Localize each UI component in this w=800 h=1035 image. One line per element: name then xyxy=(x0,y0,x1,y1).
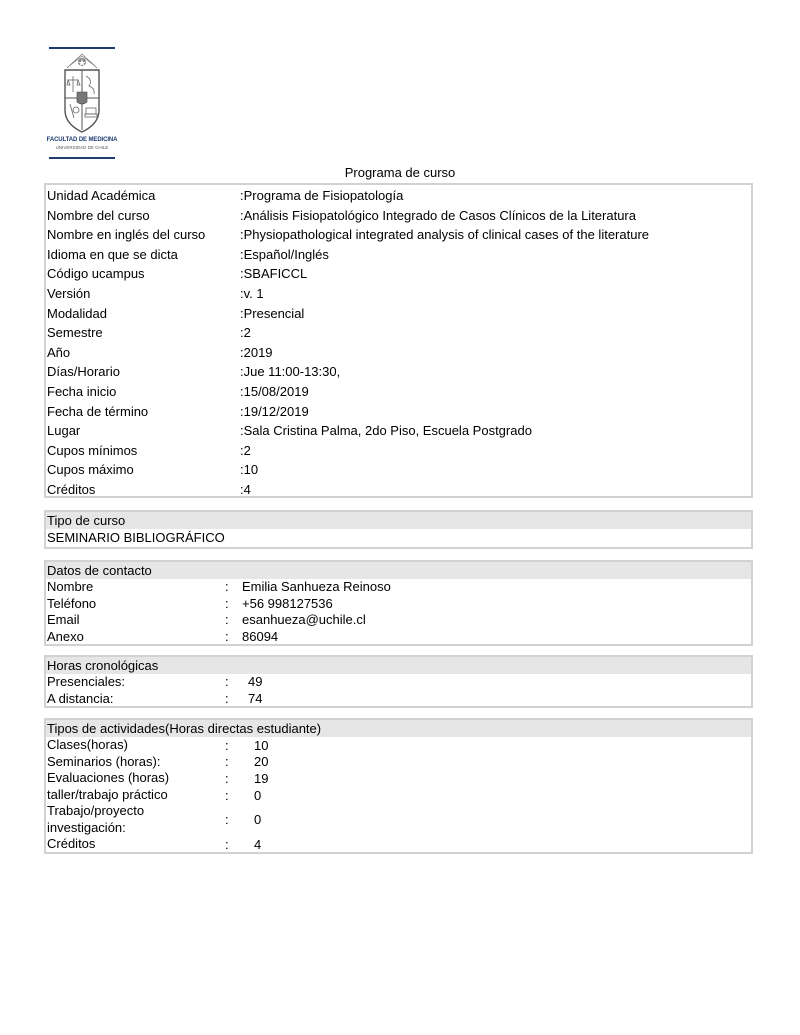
course-type-header: Tipo de curso xyxy=(46,512,751,529)
contact-value: Emilia Sanhueza Reinoso xyxy=(242,579,751,596)
hours-header: Horas cronológicas xyxy=(46,657,751,674)
separator: : xyxy=(225,674,248,691)
separator: : xyxy=(225,596,242,613)
info-value: :Presencial xyxy=(240,304,751,324)
activity-label: Trabajo/proyecto investigación: xyxy=(46,803,167,836)
info-row: Código ucampus:SBAFICCL xyxy=(46,264,751,284)
info-row: Semestre:2 xyxy=(46,323,751,343)
info-row: Versión:v. 1 xyxy=(46,284,751,304)
contact-row: Nombre:Emilia Sanhueza Reinoso xyxy=(46,579,751,596)
course-type-section: Tipo de curso SEMINARIO BIBLIOGRÁFICO xyxy=(44,510,753,549)
activity-value: 10 xyxy=(254,738,751,753)
contact-row: Anexo:86094 xyxy=(46,629,751,646)
hours-value: 49 xyxy=(248,674,751,691)
separator: : xyxy=(225,738,254,753)
info-label: Semestre xyxy=(46,323,240,343)
info-value: :Sala Cristina Palma, 2do Piso, Escuela … xyxy=(240,421,751,441)
separator: : xyxy=(225,612,242,629)
contact-label: Teléfono xyxy=(46,596,225,613)
separator: : xyxy=(225,771,254,786)
info-value: :SBAFICCL xyxy=(240,264,751,284)
general-info-section: Unidad Académica:Programa de Fisiopatolo… xyxy=(44,183,753,498)
activity-label: taller/trabajo práctico xyxy=(46,787,225,804)
info-row: Días/Horario:Jue 11:00-13:30, xyxy=(46,362,751,382)
contact-label: Nombre xyxy=(46,579,225,596)
info-value: :v. 1 xyxy=(240,284,751,304)
logo-university-name: UNIVERSIDAD DE CHILE xyxy=(45,145,119,150)
activity-row: Trabajo/proyecto investigación::0 xyxy=(46,803,751,836)
info-label: Cupos máximo xyxy=(46,460,240,480)
info-value: :Programa de Fisiopatología xyxy=(240,186,751,206)
hours-label: Presenciales: xyxy=(46,674,225,691)
contact-row: Teléfono:+56 998127536 xyxy=(46,596,751,613)
info-label: Año xyxy=(46,343,240,363)
info-row: Nombre del curso:Análisis Fisiopatológic… xyxy=(46,206,751,226)
page-title: Programa de curso xyxy=(45,165,755,180)
activity-row: Evaluaciones (horas):19 xyxy=(46,770,751,787)
info-value: :Español/Inglés xyxy=(240,245,751,265)
logo-faculty-name: FACULTAD DE MEDICINA xyxy=(45,137,119,143)
info-row: Modalidad:Presencial xyxy=(46,304,751,324)
activity-value: 0 xyxy=(254,812,751,827)
info-label: Modalidad xyxy=(46,304,240,324)
activity-value: 0 xyxy=(254,788,751,803)
separator: : xyxy=(225,788,254,803)
info-label: Versión xyxy=(46,284,240,304)
activity-label: Clases(horas) xyxy=(46,737,225,754)
activity-value: 19 xyxy=(254,771,751,786)
info-row: Unidad Académica:Programa de Fisiopatolo… xyxy=(46,186,751,206)
info-row: Cupos máximo:10 xyxy=(46,460,751,480)
hours-section: Horas cronológicas Presenciales::49A dis… xyxy=(44,655,753,708)
info-label: Lugar xyxy=(46,421,240,441)
separator: : xyxy=(225,754,254,769)
info-label: Código ucampus xyxy=(46,264,240,284)
separator: : xyxy=(225,691,248,708)
separator: : xyxy=(225,812,254,827)
hours-row: A distancia::74 xyxy=(46,691,751,708)
info-label: Nombre del curso xyxy=(46,206,240,226)
info-row: Nombre en inglés del curso:Physiopatholo… xyxy=(46,225,751,245)
activity-row: Clases(horas):10 xyxy=(46,737,751,754)
info-row: Fecha inicio:15/08/2019 xyxy=(46,382,751,402)
separator: : xyxy=(225,579,242,596)
activities-header: Tipos de actividades(Horas directas estu… xyxy=(46,720,751,737)
info-value: :2 xyxy=(240,441,751,461)
contact-label: Anexo xyxy=(46,629,225,646)
info-value: :15/08/2019 xyxy=(240,382,751,402)
info-value: :Physiopathological integrated analysis … xyxy=(240,225,751,245)
hours-value: 74 xyxy=(248,691,751,708)
info-value: :2 xyxy=(240,323,751,343)
logo-top-rule xyxy=(49,47,115,49)
hours-row: Presenciales::49 xyxy=(46,674,751,691)
activity-row: Seminarios (horas)::20 xyxy=(46,754,751,771)
activity-row: taller/trabajo práctico:0 xyxy=(46,787,751,804)
course-type-value: SEMINARIO BIBLIOGRÁFICO xyxy=(46,529,751,546)
faculty-logo: FACULTAD DE MEDICINA UNIVERSIDAD DE CHIL… xyxy=(45,46,119,162)
university-crest-icon xyxy=(59,52,105,136)
info-value: :10 xyxy=(240,460,751,480)
info-label: Créditos xyxy=(46,480,240,500)
info-value: :Análisis Fisiopatológico Integrado de C… xyxy=(240,206,751,226)
info-row: Año:2019 xyxy=(46,343,751,363)
info-label: Unidad Académica xyxy=(46,186,240,206)
contact-value: +56 998127536 xyxy=(242,596,751,613)
logo-bottom-rule xyxy=(49,157,115,159)
info-row: Fecha de término:19/12/2019 xyxy=(46,402,751,422)
info-label: Fecha inicio xyxy=(46,382,240,402)
separator: : xyxy=(225,629,242,646)
info-label: Idioma en que se dicta xyxy=(46,245,240,265)
info-label: Nombre en inglés del curso xyxy=(46,225,240,245)
info-row: Créditos:4 xyxy=(46,480,751,500)
activity-label: Créditos xyxy=(46,836,225,853)
contact-header: Datos de contacto xyxy=(46,562,751,579)
activities-section: Tipos de actividades(Horas directas estu… xyxy=(44,718,753,854)
activity-label: Evaluaciones (horas) xyxy=(46,770,225,787)
contact-label: Email xyxy=(46,612,225,629)
info-row: Lugar:Sala Cristina Palma, 2do Piso, Esc… xyxy=(46,421,751,441)
hours-label: A distancia: xyxy=(46,691,225,708)
separator: : xyxy=(225,837,254,852)
info-value: :19/12/2019 xyxy=(240,402,751,422)
info-label: Fecha de término xyxy=(46,402,240,422)
contact-section: Datos de contacto Nombre:Emilia Sanhueza… xyxy=(44,560,753,646)
info-row: Idioma en que se dicta:Español/Inglés xyxy=(46,245,751,265)
info-label: Cupos mínimos xyxy=(46,441,240,461)
activity-row: Créditos:4 xyxy=(46,836,751,853)
info-value: :4 xyxy=(240,480,751,500)
info-value: :Jue 11:00-13:30, xyxy=(240,362,751,382)
activity-value: 4 xyxy=(254,837,751,852)
activity-value: 20 xyxy=(254,754,751,769)
contact-row: Email:esanhueza@uchile.cl xyxy=(46,612,751,629)
email-value: esanhueza@uchile.cl xyxy=(242,612,751,629)
info-label: Días/Horario xyxy=(46,362,240,382)
info-row: Cupos mínimos:2 xyxy=(46,441,751,461)
info-value: :2019 xyxy=(240,343,751,363)
contact-value: 86094 xyxy=(242,629,751,646)
activity-label: Seminarios (horas): xyxy=(46,754,225,771)
